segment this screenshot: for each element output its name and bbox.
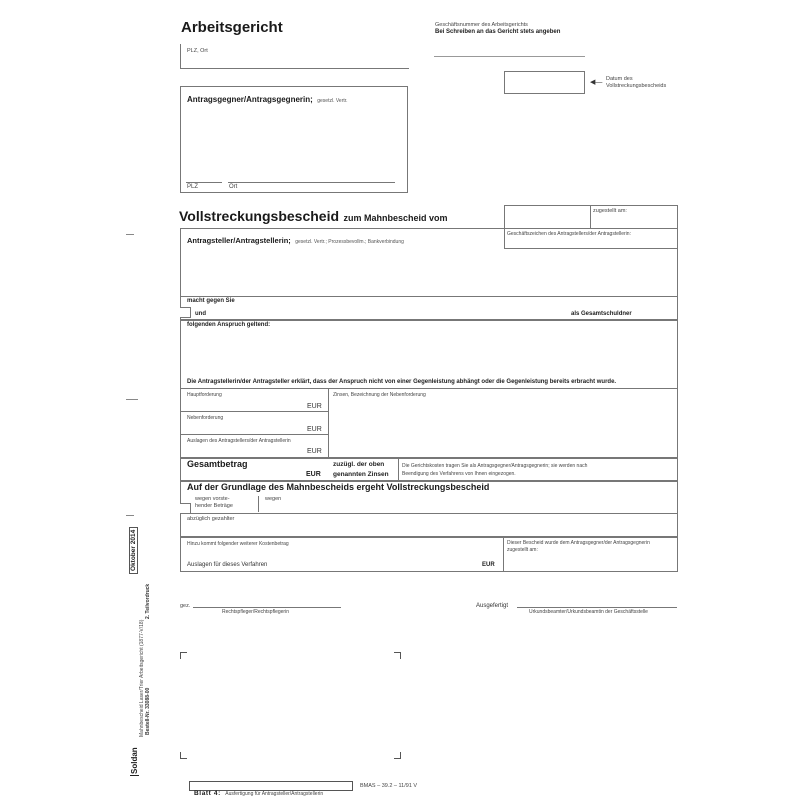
option2-label: wegen [265, 496, 281, 502]
corner-mark-bottom-right [394, 752, 401, 759]
main-claim-label: Hauptforderung [187, 392, 222, 398]
date-label-line1: Datum des [606, 76, 633, 82]
clerk-signature-line[interactable] [193, 607, 341, 608]
enforcement-heading: Auf der Grundlage des Mahnbescheids erge… [187, 482, 489, 492]
served-date-divider [590, 205, 591, 228]
main-claim-input[interactable] [187, 400, 302, 410]
delivered-line2: zugestellt am: [507, 547, 538, 553]
order-number: Bestell-Nr. 33088-00 [145, 688, 151, 735]
expenses-label: Auslagen des Antragstellers/der Antragst… [187, 438, 291, 444]
main-title: Vollstreckungsbescheid zum Mahnbescheid … [179, 208, 448, 226]
plz-ort-label: PLZ, Ort [187, 48, 208, 54]
case-number-label: Geschäftsnummer des Arbeitsgerichts [435, 22, 528, 28]
fold-mark-2 [126, 399, 138, 400]
plus-interest-line1: zuzügl. der oben [333, 461, 384, 468]
applicant-address-input[interactable] [187, 241, 487, 293]
court-costs-line1: Die Gerichtskosten tragen Sie als Antrag… [402, 463, 587, 469]
fold-mark-3 [126, 515, 134, 516]
copy-type: 2. Teilvordruck [145, 584, 151, 619]
corner-mark-top-right [394, 652, 401, 659]
plus-interest-line2: genannten Zinsen [333, 471, 389, 478]
court-title: Arbeitsgericht [181, 19, 283, 36]
total-input[interactable] [187, 470, 302, 479]
additional-costs-divider [503, 537, 504, 572]
form-code: BMAS – 39.2 – 11/91 V [360, 783, 417, 789]
delivered-date-input[interactable] [507, 556, 672, 568]
main-title-text: Vollstreckungsbescheid [179, 208, 339, 224]
case-number-input[interactable] [435, 44, 585, 55]
sheet-description: Ausfertigung für Antragsteller/Antragste… [225, 791, 323, 797]
sheet-number: Blatt 4: [194, 790, 221, 797]
served-date-box[interactable] [504, 205, 678, 229]
option2-input[interactable] [290, 496, 670, 510]
corner-mark-bottom-left [180, 752, 187, 759]
side-claim-input[interactable] [187, 423, 302, 433]
plz-ort-field-underline [180, 68, 409, 69]
procedure-expenses-currency: EUR [482, 562, 495, 568]
arrow-left-icon: ◀— [590, 78, 602, 86]
total-top-divider [180, 457, 678, 459]
total-currency: EUR [306, 471, 321, 478]
procedure-expenses-input[interactable] [300, 559, 475, 569]
additional-cost-label: Hinzu kommt folgender weiterer Kostenbet… [187, 541, 289, 547]
respondent-ort-line [228, 182, 395, 183]
clerk-role: Rechtspfleger/Rechtspflegerin [222, 609, 289, 615]
minus-paid-divider [180, 513, 678, 514]
applicant-reference-label: Geschäftszeichen des Antragstellers/der … [507, 231, 631, 237]
interest-label: Zinsen, Bezeichnung der Nebenforderung [333, 392, 426, 398]
respondent-address-input[interactable] [187, 100, 402, 178]
amounts-top-divider [180, 388, 678, 389]
registrar-signature-line[interactable] [517, 607, 677, 608]
option-divider [258, 496, 259, 512]
interest-input[interactable] [333, 400, 673, 454]
joint-debtor-label: als Gesamtschuldner [571, 311, 632, 317]
amounts-vertical-divider [328, 388, 329, 457]
claim-divider [180, 319, 678, 321]
respondent-plz-line [186, 182, 222, 183]
respondent-plz-label: PLZ [187, 184, 198, 190]
declaration-text: Die Antragstellerin/der Antragsteller er… [187, 379, 616, 385]
case-number-line [434, 56, 585, 57]
court-costs-line2: Beendigung des Verfahrens von Ihnen eing… [402, 471, 516, 477]
date-label-line2: Vollstreckungsbescheids [606, 83, 666, 89]
claim-input[interactable] [187, 332, 672, 376]
side-claim-label: Nebenforderung [187, 415, 223, 421]
side-claim-currency: EUR [307, 426, 322, 433]
enforcement-date-box[interactable] [504, 71, 585, 94]
minus-paid-label: abzüglich gezahlter [187, 516, 234, 522]
claim-top-divider [180, 296, 678, 297]
court-plz-ort-input[interactable] [186, 56, 406, 66]
delivered-line1: Dieser Bescheid wurde dem Antragsgegner/… [507, 540, 650, 546]
joint-debtor-checkbox[interactable] [180, 307, 191, 318]
corner-mark-top-left [180, 652, 187, 659]
signed-label: gez. [180, 603, 190, 609]
procedure-expenses-label: Auslagen für dieses Verfahren [187, 562, 267, 568]
expenses-input[interactable] [187, 446, 302, 456]
claim-label: folgenden Anspruch geltend: [187, 322, 270, 328]
sheet-label: Blatt 4: Ausfertigung für Antragsteller/… [194, 782, 323, 800]
registrar-role: Urkundsbeamter/Urkundsbeamtin der Geschä… [529, 609, 648, 615]
and-label: und [195, 311, 206, 317]
main-claim-currency: EUR [307, 403, 322, 410]
against-label: macht gegen Sie [187, 298, 235, 304]
respondent-ort-label: Ort [229, 184, 237, 190]
plz-ort-field-left-border [180, 44, 181, 68]
side-claim-divider [180, 434, 329, 435]
court-costs-divider [398, 458, 399, 480]
issued-label: Ausgefertigt [476, 603, 508, 609]
option1-line2: hender Beträge [195, 503, 233, 509]
fold-mark-1 [126, 234, 134, 235]
option1-line1: wegen vorste- [195, 496, 230, 502]
total-label: Gesamtbetrag [187, 459, 248, 469]
publisher-logo: Soldan [130, 747, 139, 776]
expenses-currency: EUR [307, 448, 322, 455]
minus-paid-input[interactable] [240, 516, 670, 534]
main-claim-divider [180, 411, 329, 412]
main-title-suffix: zum Mahnbescheid vom [343, 213, 447, 223]
edition-text: Oktober 2014 [130, 530, 137, 571]
served-date-label: zugestellt am: [593, 208, 627, 214]
edition-label: Oktober 2014 [129, 527, 138, 574]
case-number-note: Bei Schreiben an das Gericht stets angeb… [435, 29, 560, 35]
